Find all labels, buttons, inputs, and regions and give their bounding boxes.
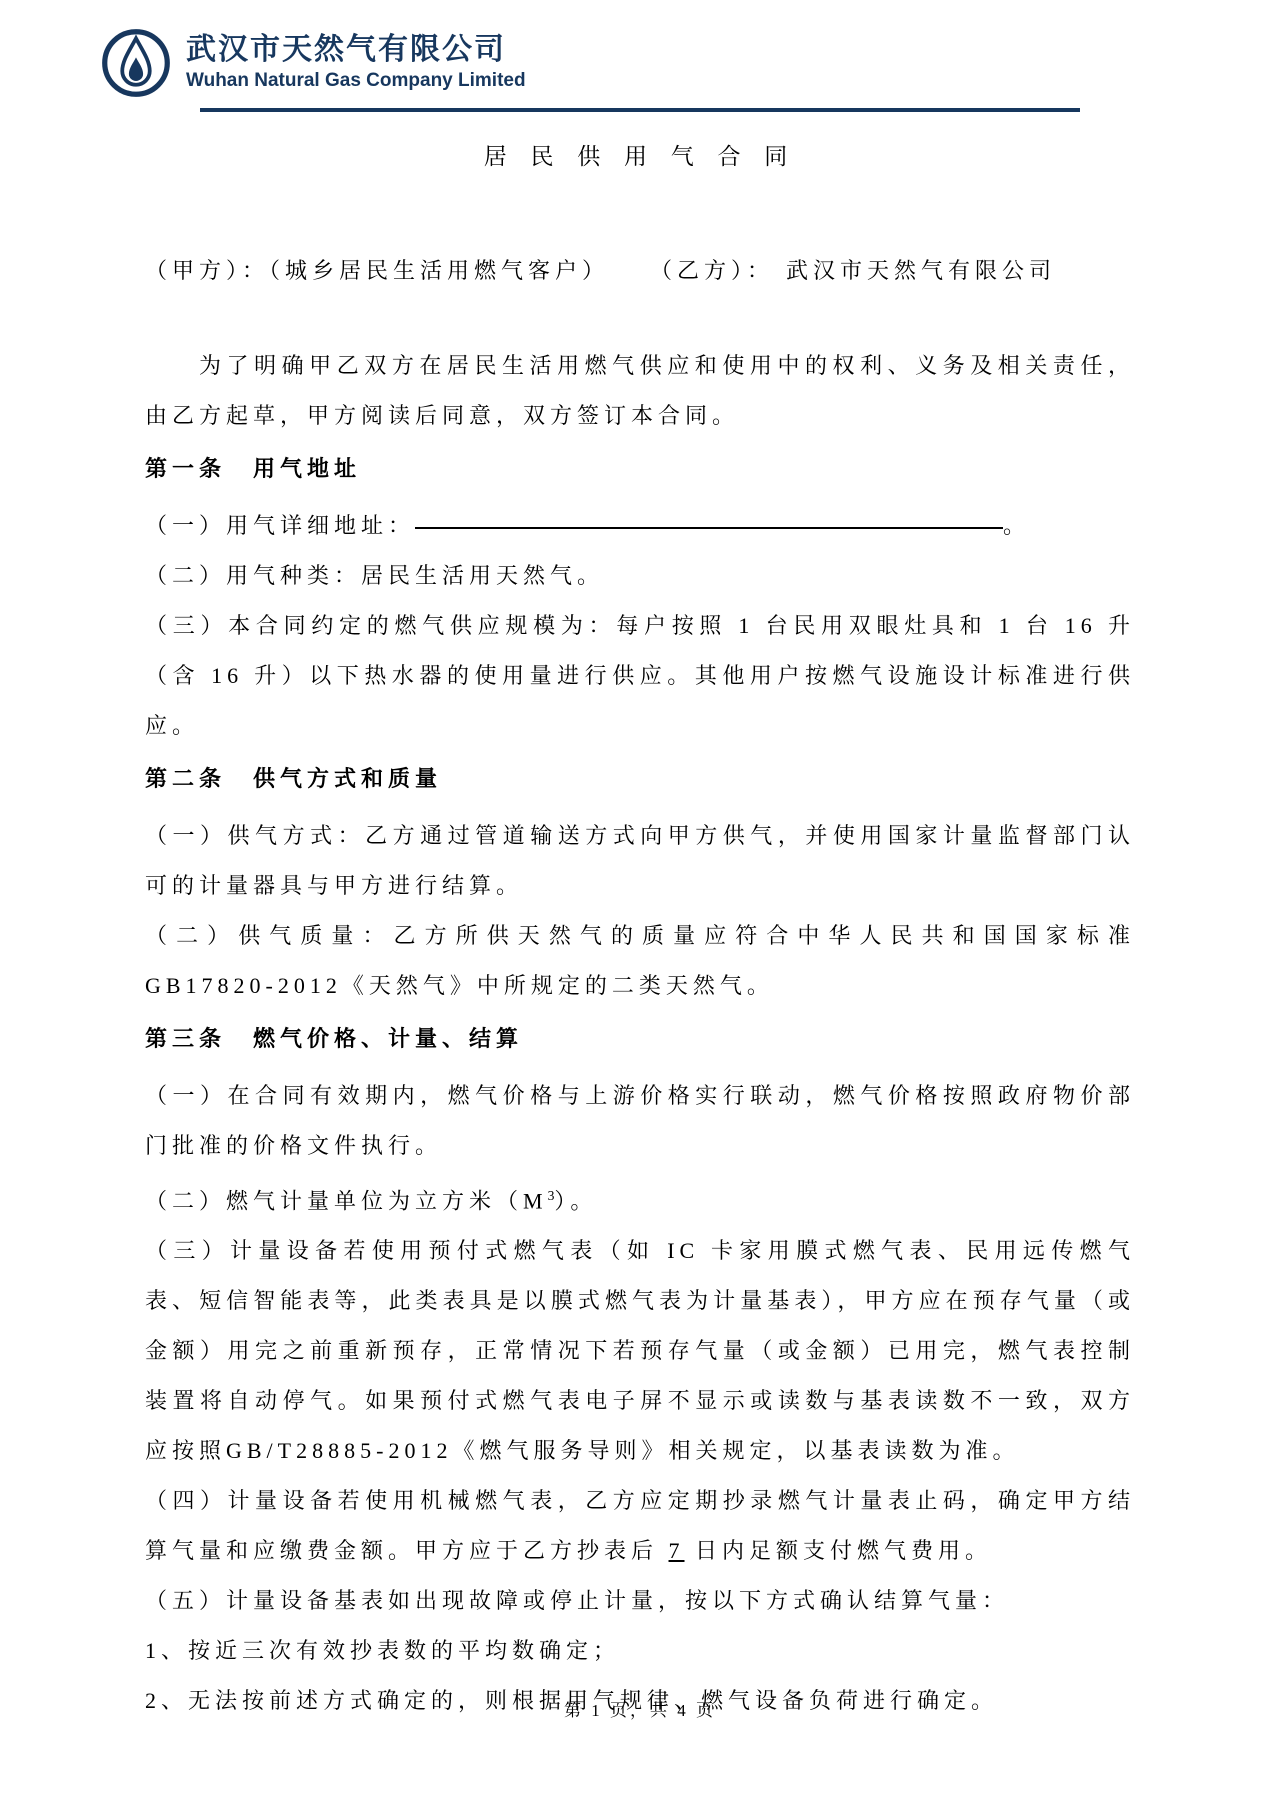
clause-3-5: （五）计量设备基表如出现故障或停止计量，按以下方式确认结算气量： — [145, 1576, 1135, 1626]
contract-page: 武汉市天然气有限公司 Wuhan Natural Gas Company Lim… — [0, 0, 1280, 1810]
company-name-cn: 武汉市天然气有限公司 — [186, 33, 526, 68]
contract-title: 居 民 供 用 气 合 同 — [145, 140, 1135, 174]
section-1-heading: 第一条 用气地址 — [145, 449, 1135, 489]
clause-3-1: （一）在合同有效期内，燃气价格与上游价格实行联动，燃气价格按照政府物价部门批准的… — [145, 1071, 1135, 1171]
party-line: （甲方）：（城乡居民生活用燃气客户）（乙方）：武汉市天然气有限公司 — [145, 246, 1135, 296]
party-b-value: 武汉市天然气有限公司 — [786, 258, 1056, 283]
brand-text: 武汉市天然气有限公司 Wuhan Natural Gas Company Lim… — [186, 33, 526, 92]
clause-3-4: （四）计量设备若使用机械燃气表，乙方应定期抄录燃气计量表止码，确定甲方结算气量和… — [145, 1476, 1135, 1576]
clause-1-1-period: 。 — [1003, 513, 1030, 538]
section-3-heading: 第三条 燃气价格、计量、结算 — [145, 1019, 1135, 1059]
page-number: 第 1 页，共 4 页 — [0, 1696, 1280, 1721]
party-b-label: （乙方）： — [661, 258, 774, 283]
intro-paragraph: 为了明确甲乙双方在居民生活用燃气供应和使用中的权利、义务及相关责任，由乙方起草，… — [145, 341, 1135, 441]
clause-3-5-sub-1: 1、按近三次有效抄表数的平均数确定； — [145, 1626, 1135, 1676]
clause-1-1: （一）用气详细地址：。 — [145, 501, 1135, 551]
clause-1-3: （三）本合同约定的燃气供应规模为：每户按照 1 台民用双眼灶具和 1 台 16 … — [145, 601, 1135, 751]
clause-3-3: （三）计量设备若使用预付式燃气表（如 IC 卡家用膜式燃气表、民用远传燃气表、短… — [145, 1226, 1135, 1476]
clause-1-1-label: （一）用气详细地址： — [145, 513, 415, 538]
letterhead: 武汉市天然气有限公司 Wuhan Natural Gas Company Lim… — [0, 0, 1280, 112]
clause-3-2-text: （二）燃气计量单位为立方米（M — [145, 1188, 548, 1213]
clause-3-2-suffix: ）。 — [554, 1188, 597, 1213]
section-2-heading: 第二条 供气方式和质量 — [145, 759, 1135, 799]
company-name-en: Wuhan Natural Gas Company Limited — [186, 70, 526, 93]
flame-in-circle-icon — [100, 26, 172, 100]
clause-3-4-suffix: 日内足额支付燃气费用。 — [685, 1538, 993, 1563]
brand: 武汉市天然气有限公司 Wuhan Natural Gas Company Lim… — [100, 26, 1180, 100]
contract-body: 居 民 供 用 气 合 同 （甲方）：（城乡居民生活用燃气客户）（乙方）：武汉市… — [0, 140, 1280, 1726]
clause-2-2: （二）供气质量：乙方所供天然气的质量应符合中华人民共和国国家标准GB17820-… — [145, 911, 1135, 1011]
party-a: （甲方）：（城乡居民生活用燃气客户） — [145, 258, 609, 283]
clause-1-2: （二）用气种类：居民生活用天然气。 — [145, 551, 1135, 601]
clause-3-2: （二）燃气计量单位为立方米（M3）。 — [145, 1171, 1135, 1226]
payment-days-value: 7 — [669, 1538, 685, 1563]
header-divider — [200, 108, 1080, 112]
clause-2-1: （一）供气方式：乙方通过管道输送方式向甲方供气，并使用国家计量监督部门认可的计量… — [145, 811, 1135, 911]
address-blank-field — [415, 527, 1003, 529]
